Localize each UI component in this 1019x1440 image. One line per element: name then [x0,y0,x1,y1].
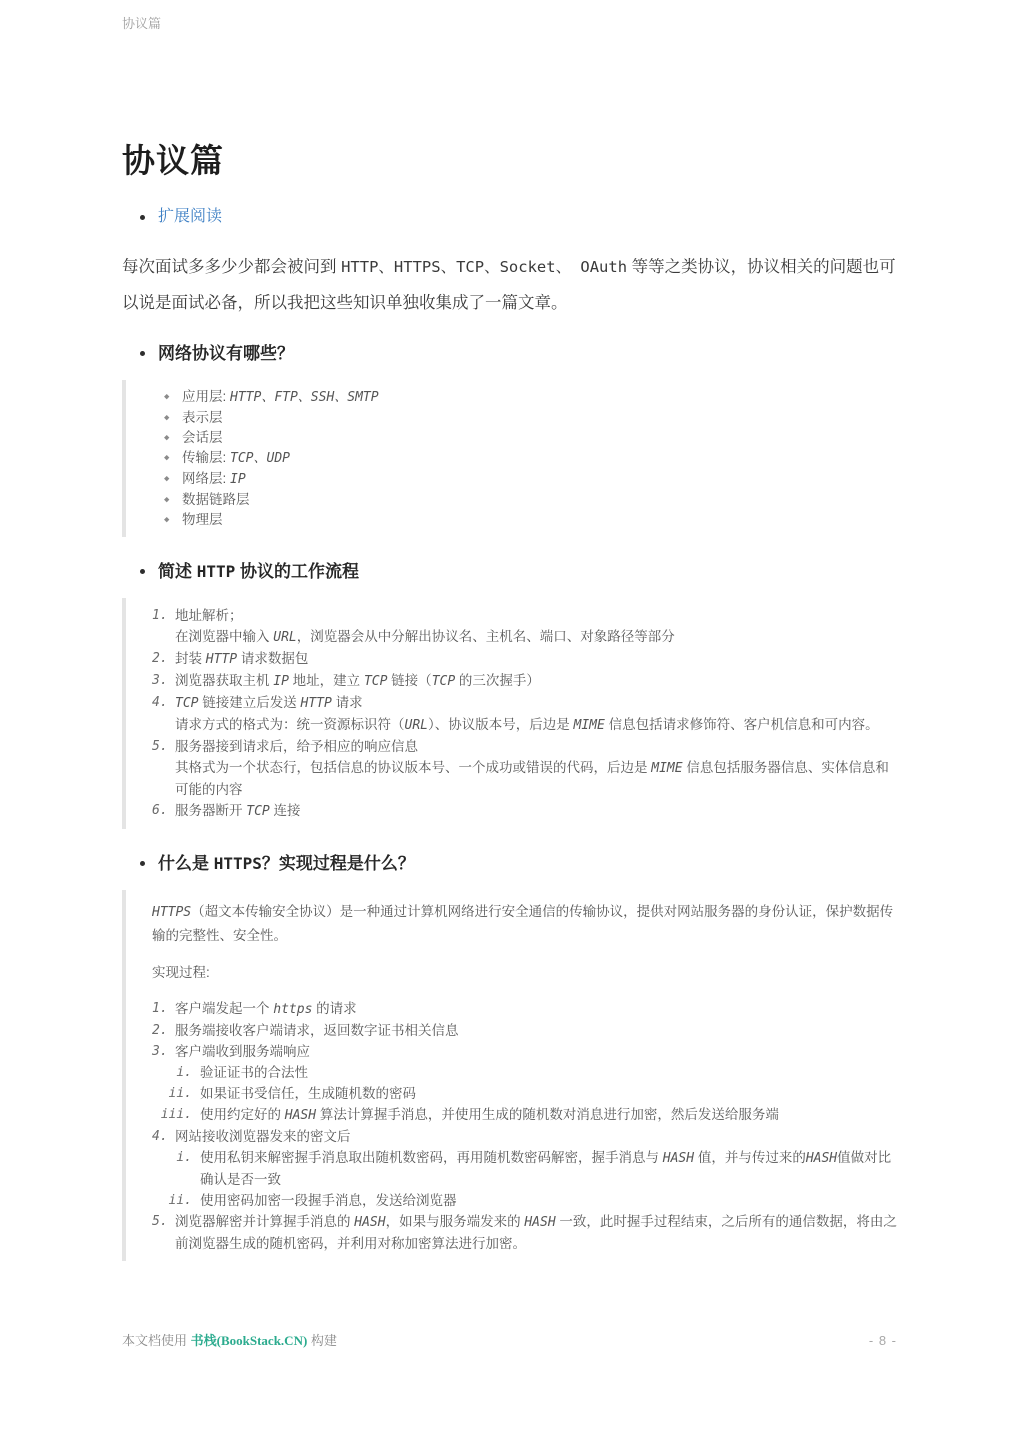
list-marker: 5. [152,736,167,757]
text-run: 请求 [332,695,363,710]
list-marker: 2. [152,648,167,669]
inline-code: MIME [651,761,682,776]
list-item-text: 网站接收浏览器发来的密文后 [175,1126,897,1147]
text-run: （超文本传输安全协议）是一种通过计算机网络进行安全通信的传输协议，提供对网站服务… [152,904,893,943]
list-item-text: 如果证书受信任，生成随机数的密码 [200,1083,897,1104]
page-content: 协议篇 扩展阅读 每次面试多多少少都会被问到 HTTP、HTTPS、TCP、So… [0,0,1019,1261]
list-item: 4.TCP 链接建立后发送 HTTP 请求请求方式的格式为：统一资源标识符（UR… [152,692,897,736]
list-item: 2.封装 HTTP 请求数据包 [152,648,897,670]
list-item: 1.客户端发起一个 https 的请求 [152,998,897,1020]
bullet-icon [140,861,145,866]
text-run: 浏览器解密并计算握手消息的 [175,1214,354,1229]
list-item: 6.服务器断开 TCP 连接 [152,800,897,822]
footer-suffix: 构建 [307,1333,337,1348]
list-item: iii.使用约定好的 HASH 算法计算握手消息，并使用生成的随机数对消息进行加… [152,1104,897,1126]
list-item-text: 客户端收到服务端响应 [175,1041,897,1062]
osi-layer-quote: ◆应用层: HTTP、FTP、SSH、SMTP◆表示层◆会话层◆传输层: TCP… [122,380,897,537]
text-run: 其格式为一个状态行，包括信息的协议版本号、一个成功或错误的代码，后边是 [175,760,651,775]
list-item: ◆物理层 [164,510,897,530]
text-run: 如果证书受信任，生成随机数的密码 [200,1086,416,1101]
list-marker: ii. [152,1083,192,1104]
text-run: 值，并与传过来的 [694,1150,806,1165]
text-run: 传输层: [182,450,230,465]
text-run: 浏览器获取主机 [175,673,273,688]
inline-code: HASH [354,1215,385,1230]
text-run: 客户端发起一个 [175,1001,273,1016]
https-description: HTTPS（超文本传输安全协议）是一种通过计算机网络进行安全通信的传输协议，提供… [152,900,897,947]
list-item: ◆会话层 [164,428,897,448]
list-item-text: 验证证书的合法性 [200,1062,897,1083]
text-run: 请求方式的格式为：统一资源标识符（ [175,717,405,732]
text-run: 连接 [270,803,301,818]
list-item: ◆传输层: TCP、UDP [164,448,897,469]
text-run: 网站接收浏览器发来的密文后 [175,1129,351,1144]
osi-layer-list: ◆应用层: HTTP、FTP、SSH、SMTP◆表示层◆会话层◆传输层: TCP… [152,387,897,530]
running-header: 协议篇 [122,13,161,32]
list-marker: ◆ [164,387,174,407]
bullet-icon [140,569,145,574]
list-item: ◆数据链路层 [164,490,897,510]
text-run: 什么是 [158,854,214,873]
list-item: 1.地址解析；在浏览器中输入 URL，浏览器会从中分解出协议名、主机名、端口、对… [152,605,897,648]
list-item-text: 客户端发起一个 https 的请求 [175,998,897,1020]
brand-cn: 书栈 [191,1333,217,1348]
list-marker: 6. [152,800,167,821]
inline-code: HTTP、FTP、SSH、SMTP [230,390,379,405]
text-run: 物理层 [182,512,223,527]
list-item: ◆表示层 [164,408,897,428]
text-run: 地址解析； [175,608,243,623]
inline-code: IP [230,472,246,487]
list-item-text: 封装 HTTP 请求数据包 [175,648,897,670]
list-item-text: 服务端接收客户端请求，返回数字证书相关信息 [175,1020,897,1041]
bullet-icon [140,215,145,220]
text-run: ）、协议版本号，后边是 [428,717,574,732]
list-marker: 5. [152,1211,167,1232]
text-run: 每次面试多多少少都会被问到 [122,258,341,276]
inline-code: https [273,1002,312,1017]
inline-code: TCP [246,804,269,819]
footer: 本文档使用 书栈(BookStack.CN) 构建 - 8 - [122,1330,897,1349]
text-run: ，浏览器会从中分解出协议名、主机名、端口、对象路径等部分 [297,629,675,644]
list-item-text: TCP 链接建立后发送 HTTP 请求请求方式的格式为：统一资源标识符（URL）… [175,692,897,736]
inline-code: HTTP、HTTPS、TCP、Socket、 OAuth [341,258,627,276]
list-marker: 4. [152,692,167,713]
section-protocols-heading-row: 网络协议有哪些？ [122,342,897,366]
text-run: ？实现过程是什么？ [262,854,415,873]
section-https-heading: 什么是 HTTPS？实现过程是什么？ [158,852,415,876]
list-item-text: 物理层 [182,510,897,530]
list-item: i.使用私钥来解密握手消息取出随机数密码，再用随机数密码解密，握手消息与 HAS… [152,1147,897,1190]
list-item: ◆网络层: IP [164,469,897,490]
list-item-text: 使用约定好的 HASH 算法计算握手消息，并使用生成的随机数对消息进行加密，然后… [200,1104,897,1126]
inline-code: HASH [663,1151,694,1166]
inline-code: IP [273,674,289,689]
text-run: 信息包括请求修饰符、客户机信息和可内容。 [605,717,879,732]
list-item: 5.服务器接到请求后，给予相应的响应信息其格式为一个状态行，包括信息的协议版本号… [152,736,897,800]
inline-code: HTTP [197,562,236,581]
text-run: 算法计算握手消息，并使用生成的随机数对消息进行加密，然后发送给服务端 [316,1107,779,1122]
intro-paragraph: 每次面试多多少少都会被问到 HTTP、HTTPS、TCP、Socket、 OAu… [122,249,900,321]
list-item: ◆应用层: HTTP、FTP、SSH、SMTP [164,387,897,408]
list-marker: 3. [152,1041,167,1062]
inline-code: TCP、UDP [230,451,290,466]
list-marker: ◆ [164,490,174,510]
list-marker: 1. [152,998,167,1019]
text-run: 实现过程: [152,965,210,980]
list-item: 5.浏览器解密并计算握手消息的 HASH，如果与服务端发来的 HASH 一致，此… [152,1211,897,1254]
list-item: 3.客户端收到服务端响应 [152,1041,897,1062]
inline-code: HASH [806,1151,837,1166]
text-run: 链接（ [387,673,431,688]
text-run: 验证证书的合法性 [200,1065,308,1080]
list-item-text: 应用层: HTTP、FTP、SSH、SMTP [182,387,897,408]
bullet-icon [140,351,145,356]
document-page: 协议篇 协议篇 扩展阅读 每次面试多多少少都会被问到 HTTP、HTTPS、TC… [0,0,1019,1440]
page-number: - 8 - [869,1333,897,1348]
list-item-text: 服务器断开 TCP 连接 [175,800,897,822]
inline-code: HTTPS [152,905,191,920]
text-run: 使用密码加密一段握手消息，发送给浏览器 [200,1193,457,1208]
list-item-text: 使用私钥来解密握手消息取出随机数密码，再用随机数密码解密，握手消息与 HASH … [200,1147,897,1190]
inline-code: URL [273,630,296,645]
text-run: 地址，建立 [289,673,364,688]
text-run: 会话层 [182,430,223,445]
text-run: 数据链路层 [182,492,250,507]
footer-text: 本文档使用 书栈(BookStack.CN) 构建 [122,1330,337,1349]
page-title: 协议篇 [122,141,897,181]
https-quote: HTTPS（超文本传输安全协议）是一种通过计算机网络进行安全通信的传输协议，提供… [122,890,897,1261]
inline-code: TCP [364,674,387,689]
list-marker: ◆ [164,469,174,489]
text-run: ，如果与服务端发来的 [386,1214,525,1229]
text-run: 链接建立后发送 [198,695,300,710]
text-run: 应用层: [182,389,230,404]
list-item-text: 数据链路层 [182,490,897,510]
text-run: 服务器接到请求后，给予相应的响应信息 [175,739,418,754]
list-item-text: 表示层 [182,408,897,428]
list-marker: 4. [152,1126,167,1147]
text-run: 在浏览器中输入 [175,629,273,644]
inline-code: HTTPS [214,854,262,873]
list-marker: ii. [152,1190,192,1211]
text-run: 使用约定好的 [200,1107,285,1122]
list-item-text: 浏览器获取主机 IP 地址，建立 TCP 链接（TCP 的三次握手） [175,670,897,692]
text-run: 客户端收到服务端响应 [175,1044,310,1059]
text-run: 的请求 [312,1001,356,1016]
list-marker: ◆ [164,510,174,530]
list-marker: ◆ [164,448,174,468]
http-flow-quote: 1.地址解析；在浏览器中输入 URL，浏览器会从中分解出协议名、主机名、端口、对… [122,598,897,829]
list-item-text: 网络层: IP [182,469,897,490]
list-item: ii.使用密码加密一段握手消息，发送给浏览器 [152,1190,897,1211]
https-process-list: 1.客户端发起一个 https 的请求2.服务端接收客户端请求，返回数字证书相关… [152,998,897,1254]
text-run: 服务端接收客户端请求，返回数字证书相关信息 [175,1023,459,1038]
list-item: i.验证证书的合法性 [152,1062,897,1083]
section-https-heading-row: 什么是 HTTPS？实现过程是什么？ [122,852,897,876]
list-marker: ◆ [164,428,174,448]
list-marker: i. [152,1062,192,1083]
section-http-flow-heading: 简述 HTTP 协议的工作流程 [158,560,359,584]
list-item-text: 会话层 [182,428,897,448]
text-run: 简述 [158,562,197,581]
text-run: 表示层 [182,410,223,425]
list-marker: i. [152,1147,192,1168]
list-marker: iii. [152,1104,192,1125]
list-item: ii.如果证书受信任，生成随机数的密码 [152,1083,897,1104]
inline-code: HTTP [206,652,237,667]
expand-reading-item: 扩展阅读 [122,206,897,228]
list-item-text: 服务器接到请求后，给予相应的响应信息其格式为一个状态行，包括信息的协议版本号、一… [175,736,897,800]
list-marker: 1. [152,605,167,626]
section-http-flow-heading-row: 简述 HTTP 协议的工作流程 [122,560,897,584]
list-item-text: 使用密码加密一段握手消息，发送给浏览器 [200,1190,897,1211]
brand-en: (BookStack.CN) [217,1333,308,1348]
http-flow-list: 1.地址解析；在浏览器中输入 URL，浏览器会从中分解出协议名、主机名、端口、对… [152,605,897,822]
list-marker: 3. [152,670,167,691]
section-protocols-heading: 网络协议有哪些？ [158,342,294,366]
list-marker: 2. [152,1020,167,1041]
bookstack-brand-link[interactable]: 书栈(BookStack.CN) [191,1333,308,1348]
inline-code: TCP [432,674,455,689]
inline-code: URL [405,718,428,733]
text-run: 封装 [175,651,206,666]
inline-code: TCP [175,696,198,711]
text-run: 网络协议有哪些？ [158,344,294,363]
inline-code: HASH [285,1108,316,1123]
text-run: 协议的工作流程 [235,562,359,581]
text-run: 的三次握手） [455,673,540,688]
list-item: 2.服务端接收客户端请求，返回数字证书相关信息 [152,1020,897,1041]
text-run: 请求数据包 [237,651,308,666]
inline-code: MIME [574,718,605,733]
text-run: 使用私钥来解密握手消息取出随机数密码，再用随机数密码解密，握手消息与 [200,1150,663,1165]
list-item: 3.浏览器获取主机 IP 地址，建立 TCP 链接（TCP 的三次握手） [152,670,897,692]
inline-code: HTTP [301,696,332,711]
https-process-label: 实现过程: [152,961,897,984]
list-item-text: 地址解析；在浏览器中输入 URL，浏览器会从中分解出协议名、主机名、端口、对象路… [175,605,897,648]
expand-reading-link[interactable]: 扩展阅读 [158,206,222,228]
text-run: 网络层: [182,471,230,486]
text-run: 服务器断开 [175,803,246,818]
list-item-text: 浏览器解密并计算握手消息的 HASH，如果与服务端发来的 HASH 一致，此时握… [175,1211,897,1254]
footer-prefix: 本文档使用 [122,1333,191,1348]
list-marker: ◆ [164,408,174,428]
inline-code: HASH [524,1215,555,1230]
list-item: 4.网站接收浏览器发来的密文后 [152,1126,897,1147]
list-item-text: 传输层: TCP、UDP [182,448,897,469]
